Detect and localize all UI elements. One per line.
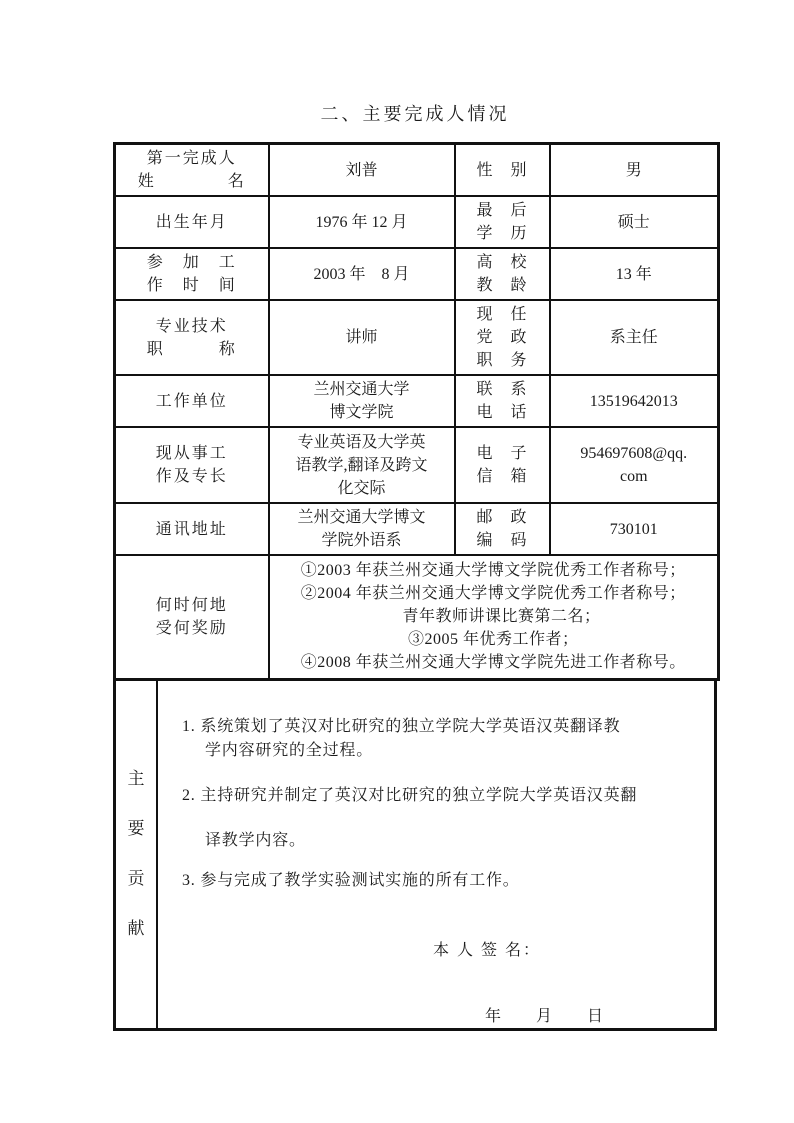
label-work-unit: 工作单位	[115, 375, 269, 427]
table-row: 现从事工 作及专长 专业英语及大学英 语教学,翻译及跨文 化交际 电 子 信 箱…	[115, 427, 719, 503]
label-first-completer-name: 第一完成人 姓 名	[115, 144, 269, 197]
contribution-item: 3. 参与完成了教学实验测试实施的所有工作。	[182, 869, 700, 893]
label-email: 电 子 信 箱	[455, 427, 550, 503]
label-birth-date: 出生年月	[115, 196, 269, 248]
label-current-position: 现 任 党 政 职 务	[455, 300, 550, 375]
label-awards: 何时何地 受何奖励	[115, 555, 269, 679]
table-row: 何时何地 受何奖励 ①2003 年获兰州交通大学博文学院优秀工作者称号； ②20…	[115, 555, 719, 679]
label-main-contributions: 主 要 贡 献	[116, 681, 158, 1028]
table-row: 出生年月 1976 年 12 月 最 后 学 历 硕士	[115, 196, 719, 248]
table-row: 参 加 工 作 时 间 2003 年 8 月 高 校 教 龄 13 年	[115, 248, 719, 300]
table-row: 通讯地址 兰州交通大学博文 学院外语系 邮 政 编 码 730101	[115, 503, 719, 555]
table-row: 第一完成人 姓 名 刘普 性 别 男	[115, 144, 719, 197]
date-label: 年 月 日	[485, 1003, 700, 1026]
value-highest-degree: 硕士	[550, 196, 719, 248]
label-contact-phone: 联 系 电 话	[455, 375, 550, 427]
contributions-content: 1. 系统策划了英汉对比研究的独立学院大学英语汉英翻译教 学内容研究的全过程。 …	[158, 681, 714, 1028]
value-work-start-time: 2003 年 8 月	[269, 248, 455, 300]
contributions-row: 主 要 贡 献 1. 系统策划了英汉对比研究的独立学院大学英语汉英翻译教 学内容…	[113, 681, 717, 1031]
table-row: 工作单位 兰州交通大学 博文学院 联 系 电 话 13519642013	[115, 375, 719, 427]
value-gender: 男	[550, 144, 719, 197]
value-name: 刘普	[269, 144, 455, 197]
page-title: 二、主要完成人情况	[113, 100, 717, 126]
label-postal-code: 邮 政 编 码	[455, 503, 550, 555]
value-professional-title: 讲师	[269, 300, 455, 375]
contribution-item: 2. 主持研究并制定了英汉对比研究的独立学院大学英语汉英翻 译教学内容。	[182, 773, 700, 863]
value-email: 954697608@qq. com	[550, 427, 719, 503]
value-current-work: 专业英语及大学英 语教学,翻译及跨文 化交际	[269, 427, 455, 503]
value-teaching-years: 13 年	[550, 248, 719, 300]
value-postal-code: 730101	[550, 503, 719, 555]
value-awards: ①2003 年获兰州交通大学博文学院优秀工作者称号； ②2004 年获兰州交通大…	[269, 555, 719, 679]
label-gender: 性 别	[455, 144, 550, 197]
label-highest-degree: 最 后 学 历	[455, 196, 550, 248]
value-birth-date: 1976 年 12 月	[269, 196, 455, 248]
table-row: 专业技术 职 称 讲师 现 任 党 政 职 务 系主任	[115, 300, 719, 375]
value-mailing-address: 兰州交通大学博文 学院外语系	[269, 503, 455, 555]
label-mailing-address: 通讯地址	[115, 503, 269, 555]
label-teaching-years: 高 校 教 龄	[455, 248, 550, 300]
contribution-item: 1. 系统策划了英汉对比研究的独立学院大学英语汉英翻译教 学内容研究的全过程。	[182, 715, 700, 763]
value-contact-phone: 13519642013	[550, 375, 719, 427]
completer-info-section: 第一完成人 姓 名 刘普 性 别 男 出生年月 1976 年 12 月 最 后 …	[113, 142, 717, 1031]
label-current-work: 现从事工 作及专长	[115, 427, 269, 503]
value-current-position: 系主任	[550, 300, 719, 375]
signature-label: 本 人 签 名：	[433, 937, 700, 960]
value-work-unit: 兰州交通大学 博文学院	[269, 375, 455, 427]
label-professional-title: 专业技术 职 称	[115, 300, 269, 375]
label-work-start-time: 参 加 工 作 时 间	[115, 248, 269, 300]
completer-info-table: 第一完成人 姓 名 刘普 性 别 男 出生年月 1976 年 12 月 最 后 …	[113, 142, 720, 681]
